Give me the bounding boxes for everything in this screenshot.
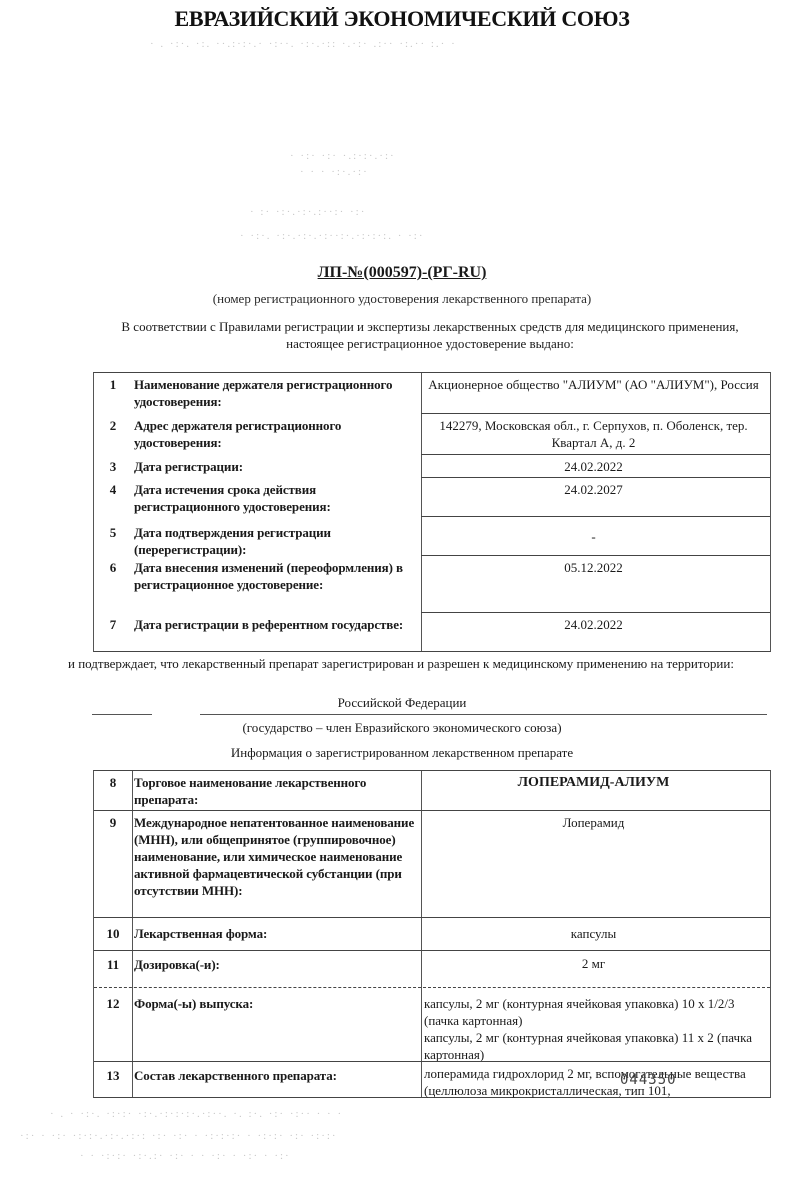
row-label: Состав лекарственного препарата: — [134, 1067, 416, 1084]
row-number: 3 — [94, 459, 132, 475]
row-number: 4 — [94, 482, 132, 498]
table-row: 11 Дозировка(-и): 2 мг — [94, 950, 770, 987]
row-number: 9 — [94, 815, 132, 831]
table-row: 7 Дата регистрации в референтном государ… — [94, 613, 770, 651]
table-row: 10 Лекарственная форма: капсулы — [94, 917, 770, 950]
territory-state-caption: (государство – член Евразийского экономи… — [0, 719, 804, 736]
row-number: 6 — [94, 560, 132, 576]
row-number: 12 — [94, 996, 132, 1012]
row-label: Торговое наименование лекарственного пре… — [134, 774, 416, 808]
row-label: Лекарственная форма: — [134, 925, 416, 942]
row-number: 7 — [94, 617, 132, 633]
row-number: 1 — [94, 377, 132, 393]
scan-noise: · · ·:·:· ·:·.:· ·:· · · ·:· · ·:· · ·:· — [80, 1150, 291, 1162]
row-number: 13 — [94, 1068, 132, 1084]
row-number: 11 — [94, 957, 132, 973]
row-label: Дата регистрации в референтном государст… — [134, 616, 416, 633]
scan-noise: · . · ·:·. ·:·:· ·:·.·:·:·:·.·:··. ·. :·… — [50, 1108, 343, 1120]
table-row: 1 Наименование держателя регистрационног… — [94, 373, 770, 413]
row-number: 10 — [94, 926, 132, 942]
row-label: Дата регистрации: — [134, 458, 416, 475]
scan-noise: · ·:·. ·:·.·:·.·:··:·.·:·:·:. · ·:· — [240, 230, 425, 242]
table-row: 2 Адрес держателя регистрационного удост… — [94, 414, 770, 454]
row-value: Лоперамид — [421, 814, 766, 831]
row-label: Дата подтверждения регистрации (перереги… — [134, 524, 416, 558]
row-number: 5 — [94, 525, 132, 541]
table-row: 3 Дата регистрации: 24.02.2022 — [94, 455, 770, 477]
table-row: 4 Дата истечения срока действия регистра… — [94, 478, 770, 516]
row-label: Дата истечения срока действия регистраци… — [134, 481, 416, 515]
row-value: 2 мг — [421, 955, 766, 972]
intro-text: В соответствии с Правилами регистрации и… — [110, 318, 750, 352]
row-label: Дозировка(-и): — [134, 956, 416, 973]
row-value: 05.12.2022 — [421, 559, 766, 576]
row-number: 8 — [94, 775, 132, 791]
scan-noise: · ·:· ·:· ·.:·:·.·:· — [290, 150, 396, 162]
row-number: 2 — [94, 418, 132, 434]
release-form-line: капсулы, 2 мг (контурная ячейковая упако… — [424, 1029, 766, 1063]
territory-state: Российской Федерации — [0, 694, 804, 711]
union-title: ЕВРАЗИЙСКИЙ ЭКОНОМИЧЕСКИЙ СОЮЗ — [0, 6, 804, 32]
info-heading: Информация о зарегистрированном лекарств… — [0, 744, 804, 761]
stamp-number: 044350 — [620, 1072, 677, 1088]
territory-confirm-text: и подтверждает, что лекарственный препар… — [68, 655, 768, 672]
table-row: 12 Форма(-ы) выпуска: капсулы, 2 мг (кон… — [94, 987, 770, 1061]
release-forms: капсулы, 2 мг (контурная ячейковая упако… — [424, 995, 766, 1063]
composition-value: лоперамида гидрохлорид 2 мг, вспомогател… — [424, 1065, 766, 1099]
row-label: Форма(-ы) выпуска: — [134, 995, 416, 1012]
scan-noise: · . ·:·. ·:. ··.:·:·.· ·:··. ·:·.·:: ·.·… — [150, 38, 457, 50]
scan-noise: · :· ·:·.·:·.:··:· ·:· — [250, 206, 366, 218]
row-value: 142279, Московская обл., г. Серпухов, п.… — [421, 417, 766, 451]
registration-number: ЛП-№(000597)-(РГ-RU) — [0, 264, 804, 282]
row-label: Наименование держателя регистрационного … — [134, 376, 416, 410]
row-value: - — [421, 528, 766, 545]
table-row: 6 Дата внесения изменений (переоформлени… — [94, 556, 770, 612]
table-row: 9 Международное непатентованное наименов… — [94, 810, 770, 917]
registration-number-caption: (номер регистрационного удостоверения ле… — [0, 291, 804, 307]
product-table: 8 Торговое наименование лекарственного п… — [93, 770, 771, 1098]
row-value: 24.02.2022 — [421, 458, 766, 475]
row-label: Дата внесения изменений (переоформления)… — [134, 559, 416, 593]
row-value: 24.02.2027 — [421, 481, 766, 498]
table-row: 5 Дата подтверждения регистрации (перере… — [94, 517, 770, 555]
trade-name-value: ЛОПЕРАМИД-АЛИУМ — [421, 774, 766, 791]
scan-noise: · · · ·:·.·:· — [300, 166, 369, 178]
row-value: 24.02.2022 — [421, 616, 766, 633]
row-label: Международное непатентованное наименован… — [134, 814, 416, 899]
row-label: Адрес держателя регистрационного удостов… — [134, 417, 416, 451]
row-value: капсулы — [421, 925, 766, 942]
row-value: Акционерное общество "АЛИУМ" (АО "АЛИУМ"… — [421, 376, 766, 393]
release-form-line: капсулы, 2 мг (контурная ячейковая упако… — [424, 995, 766, 1029]
registration-table: 1 Наименование держателя регистрационног… — [93, 372, 771, 652]
table-row: 8 Торговое наименование лекарственного п… — [94, 771, 770, 809]
scan-noise: ·:· · ·:· ·:·:·.·:·.·:·: ·:· ·:· · ·:·:·… — [20, 1130, 338, 1142]
